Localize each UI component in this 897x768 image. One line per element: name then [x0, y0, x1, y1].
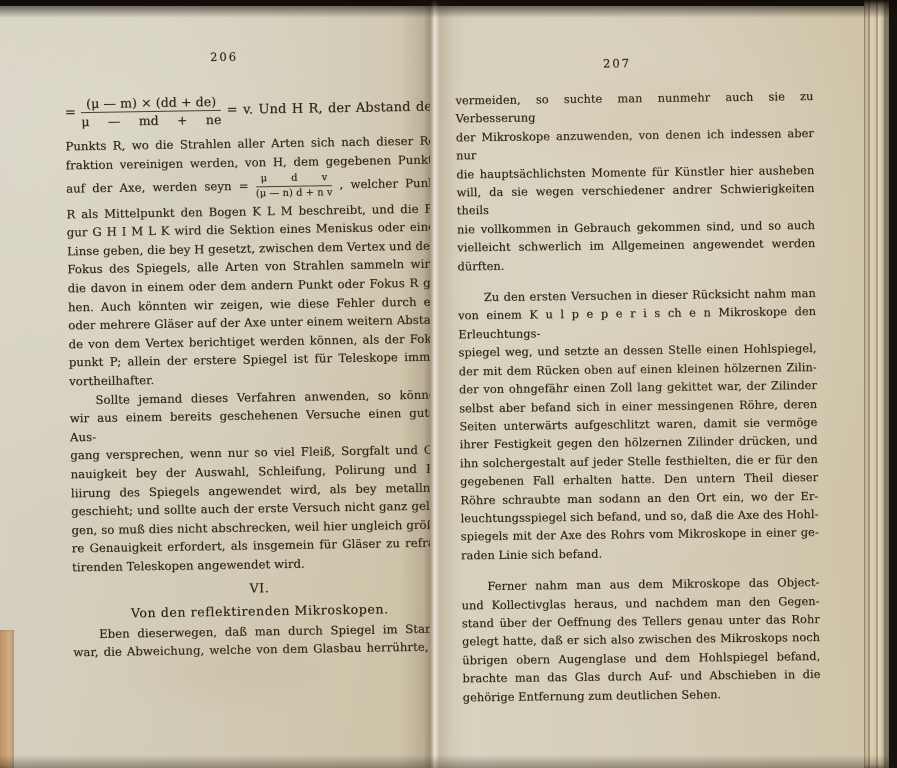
- formula-pre-text: =: [65, 105, 82, 120]
- fraction-numerator: μ d v: [255, 172, 332, 187]
- left-fore-edge: [0, 630, 14, 768]
- fraction: μ d v(μ — n) d + n v: [255, 172, 332, 200]
- left-page: 206 = (μ — m) × (dd + de)μ — md + ne = v…: [0, 6, 430, 768]
- text-line: raden Linie sich befand.: [461, 543, 819, 566]
- left-page-text: = (μ — m) × (dd + de)μ — md + ne = v. Un…: [65, 86, 448, 662]
- fraction: (μ — m) × (dd + de)μ — md + ne: [81, 94, 222, 129]
- text-line: der Mikroskope anzuwenden, von denen ich…: [456, 125, 814, 166]
- fraction-denominator: μ — md + ne: [81, 111, 221, 129]
- fraction-numerator: (μ — m) × (dd + de): [81, 94, 221, 113]
- text-line: wir aus einem bereits geschehenen Versuc…: [70, 404, 445, 447]
- formula-line: = (μ — m) × (dd + de)μ — md + ne = v. Un…: [65, 86, 440, 131]
- section-heading: VI.: [72, 576, 446, 600]
- page-number-left: 206: [144, 49, 304, 66]
- right-page-surface: 207 vermeiden, so suchte man nunmehr auc…: [426, 3, 871, 768]
- page-number-right: 207: [537, 55, 697, 71]
- right-page-stack-edges: [864, 0, 889, 768]
- text-line: vermeiden, so suchte man nunmehr auch si…: [455, 88, 813, 129]
- fraction-denominator: (μ — n) d + n v: [256, 186, 333, 200]
- text-line: will, da sie wegen verschiedener andrer …: [456, 180, 814, 221]
- formula-pre-text: auf der Axe, werden seyn =: [66, 179, 256, 196]
- right-page: 207 vermeiden, so suchte man nunmehr auc…: [430, 6, 866, 768]
- right-page-text: vermeiden, so suchte man nunmehr auch si…: [455, 88, 820, 707]
- book-photo: 206 = (μ — m) × (dd + de)μ — md + ne = v…: [0, 0, 897, 768]
- text-line: gehörige Entfernung zum deutlichen Sehen…: [463, 685, 821, 708]
- formula-post-text: , welcher Punkt: [332, 176, 440, 192]
- left-page-surface: 206 = (μ — m) × (dd + de)μ — md + ne = v…: [0, 3, 437, 768]
- text-line: von einem K u l p e p e r i s ch e n Mik…: [458, 303, 816, 344]
- formula-post-text: = v. Und H R, der Abstand des: [221, 99, 439, 117]
